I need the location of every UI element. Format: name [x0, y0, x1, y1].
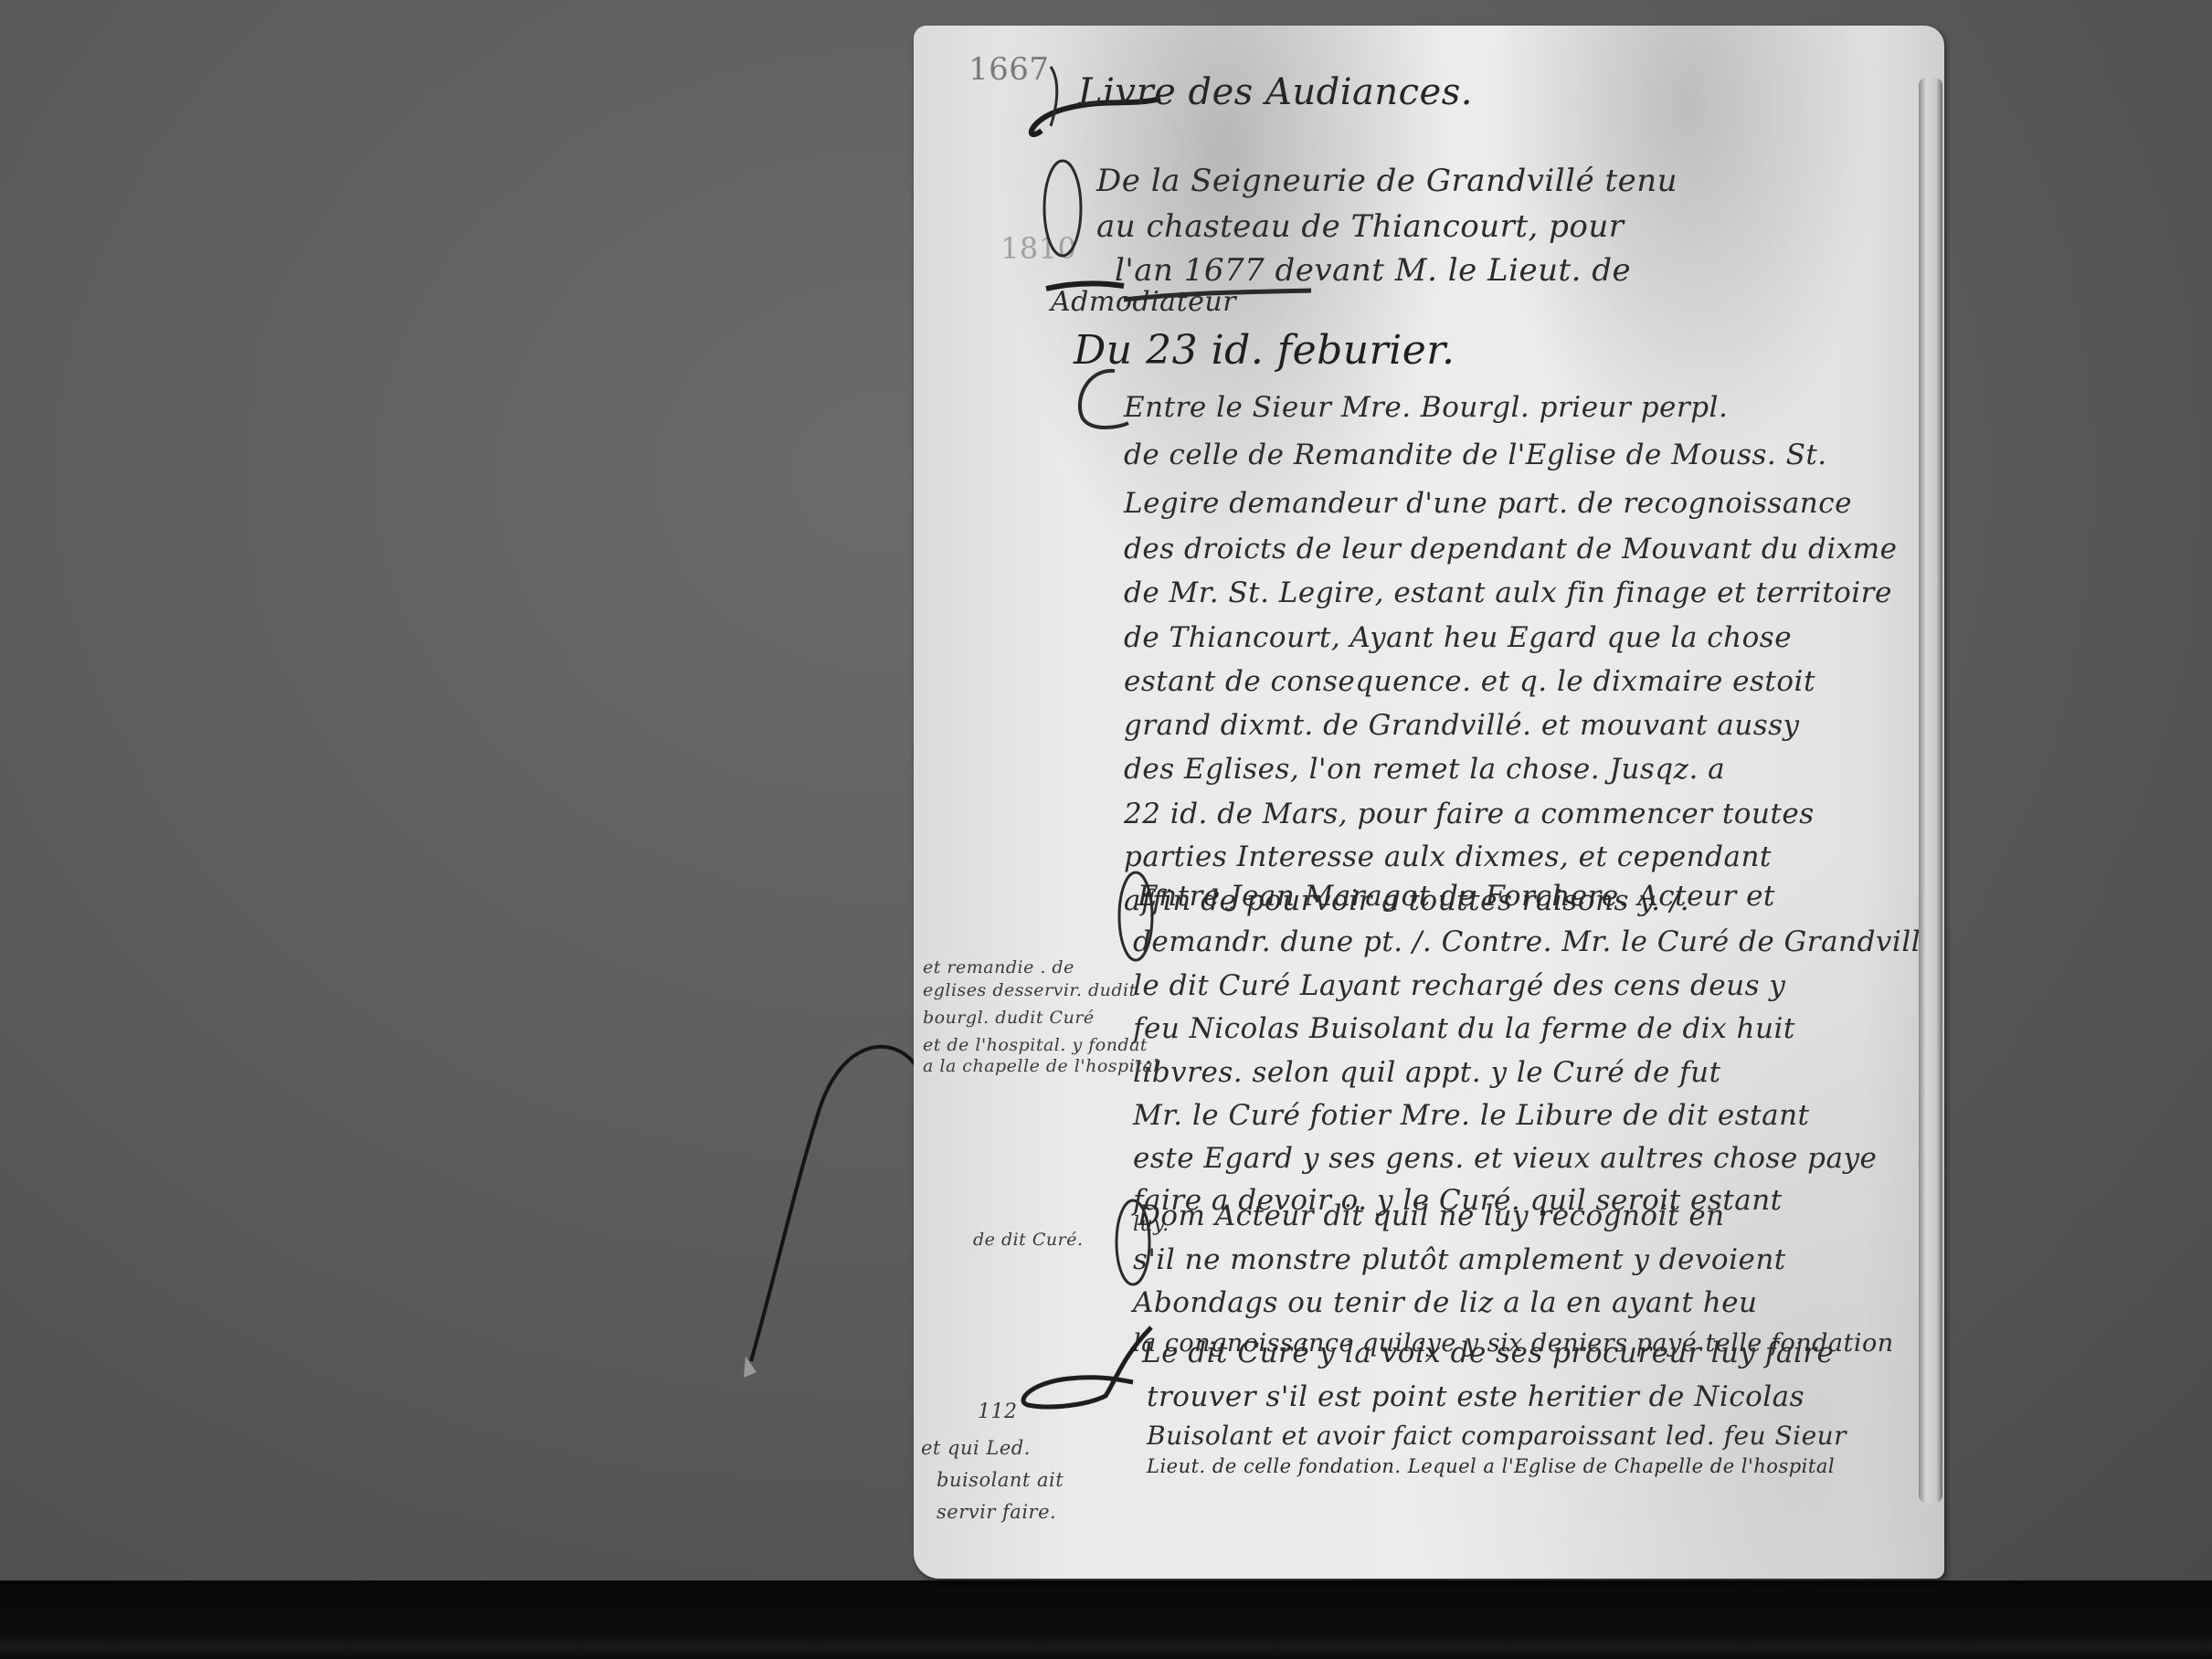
paragraph-line: libvres. selon quil appt. y le Curé de f… [1133, 1056, 1721, 1089]
margin-note-line: et de l'hospital. y fondat [923, 1035, 1148, 1055]
paragraph-line: de Mr. St. Legire, estant aulx fin finag… [1124, 576, 1892, 609]
paragraph-line: Lieut. de celle fondation. Lequel a l'Eg… [1147, 1455, 1835, 1477]
heading-line-3: l'an 1677 devant M. le Lieut. de [1115, 252, 1631, 289]
paragraph-line: des droicts de leur dependant de Mouvant… [1124, 533, 1898, 565]
paragraph-line: feu Nicolas Buisolant du la ferme de dix… [1133, 1012, 1795, 1045]
paragraph-line: Buisolant et avoir faict comparoissant l… [1147, 1421, 1847, 1451]
paragraph-line: le dit Curé Layant rechargé des cens deu… [1133, 969, 1785, 1002]
paragraph-line: des Eglises, l'on remet la chose. Jusqz.… [1124, 753, 1725, 786]
paragraph-line: trouver s'il est point este heritier de … [1147, 1380, 1805, 1413]
margin-note-line: bourgl. dudit Curé [923, 1008, 1095, 1028]
margin-note-line: eglises desservir. dudit [923, 980, 1137, 1000]
paragraph-line: parties Interesse aulx dixmes, et cepend… [1124, 840, 1772, 873]
manuscript-page: 1667 1810 Livre des Audiances. De la Sei… [914, 26, 1944, 1579]
margin-note-page-ref: 112 [978, 1400, 1018, 1423]
document-title: Livre des Audiances. [1078, 71, 1473, 113]
margin-note-2: de dit Curé. [973, 1230, 1084, 1250]
paragraph-line: Entre le Sieur Mre. Bourgl. prieur perpl… [1124, 391, 1728, 424]
folio-number: 1667 [968, 51, 1050, 88]
page-folded-edge [1919, 78, 1942, 1503]
margin-note-line: servir faire. [937, 1501, 1056, 1523]
paragraph-line: grand dixmt. de Grandvillé. et mouvant a… [1124, 709, 1800, 742]
paragraph-line: Le dit Curé y la voix de ses procureur l… [1142, 1337, 1834, 1369]
paragraph-line: Entre Jean Maragot de Forchere. Acteur e… [1138, 880, 1775, 913]
paragraph-line: 22 id. de Mars, pour faire a commencer t… [1124, 798, 1815, 830]
paragraph-line: de celle de Remandite de l'Eglise de Mou… [1124, 439, 1827, 471]
entry-date: Du 23 id. feburier. [1074, 327, 1455, 374]
archive-stamp: 1810 [1000, 231, 1076, 266]
margin-note-line: et remandie . de [923, 957, 1074, 977]
paragraph-line: Legire demandeur d'une part. de recognoi… [1124, 487, 1852, 520]
margin-note-line: a la chapelle de l'hospital [923, 1056, 1159, 1076]
paragraph-line: de Thiancourt, Ayant heu Egard que la ch… [1124, 621, 1792, 654]
paragraph-line: Dom Acteur dit quil ne luy recognoit en [1138, 1199, 1725, 1232]
heading-line-4: Admodiateur [1051, 286, 1236, 318]
paragraph-line: Abondags ou tenir de liz a la en ayant h… [1133, 1286, 1757, 1319]
paragraph-line: demandr. dune pt. /. Contre. Mr. le Curé… [1133, 925, 1938, 958]
paragraph-line: estant de consequence. et q. le dixmaire… [1124, 665, 1815, 698]
paragraph-line: este Egard y ses gens. et vieux aultres … [1133, 1142, 1877, 1175]
scanner-base-strip [0, 1580, 2212, 1659]
heading-line-2: au chasteau de Thiancourt, pour [1096, 208, 1625, 245]
margin-note-line: buisolant ait [937, 1469, 1064, 1491]
paragraph-line: Mr. le Curé fotier Mre. le Libure de dit… [1133, 1099, 1810, 1132]
paragraph-line: s'il ne monstre plutôt amplement y devoi… [1133, 1243, 1786, 1276]
heading-line-1: De la Seigneurie de Grandvillé tenu [1096, 163, 1678, 199]
margin-note-line: et qui Led. [921, 1437, 1031, 1459]
